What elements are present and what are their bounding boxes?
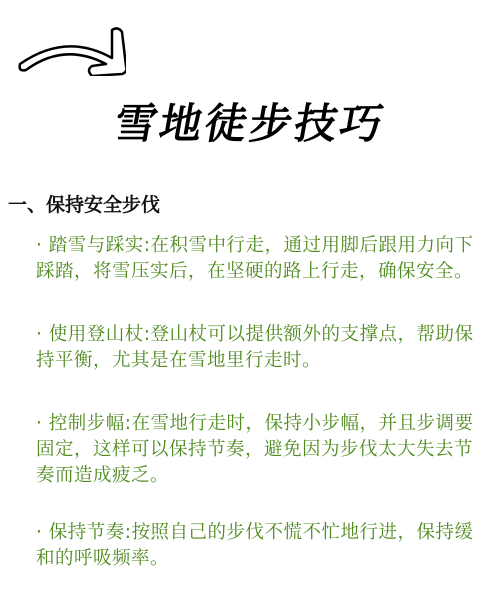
page-title: 雪地徒步技巧 — [0, 96, 500, 152]
tip-paragraph: · 保持节奏:按照自己的步伐不慌不忙地行进，保持缓和的呼吸频率。 — [36, 520, 476, 572]
section-heading: 一、保持安全步伐 — [8, 192, 160, 218]
tip-paragraph: · 使用登山杖:登山杖可以提供额外的支撑点，帮助保持平衡，尤其是在雪地里行走时。 — [36, 322, 476, 374]
curved-right-arrow-icon — [14, 24, 126, 76]
tip-paragraph: · 踏雪与踩实:在积雪中行走，通过用脚后跟用力向下踩踏，将雪压实后，在坚硬的路上… — [36, 233, 476, 285]
tip-paragraph: · 控制步幅:在雪地行走时，保持小步幅，并且步调要固定，这样可以保持节奏，避免因… — [36, 411, 476, 489]
